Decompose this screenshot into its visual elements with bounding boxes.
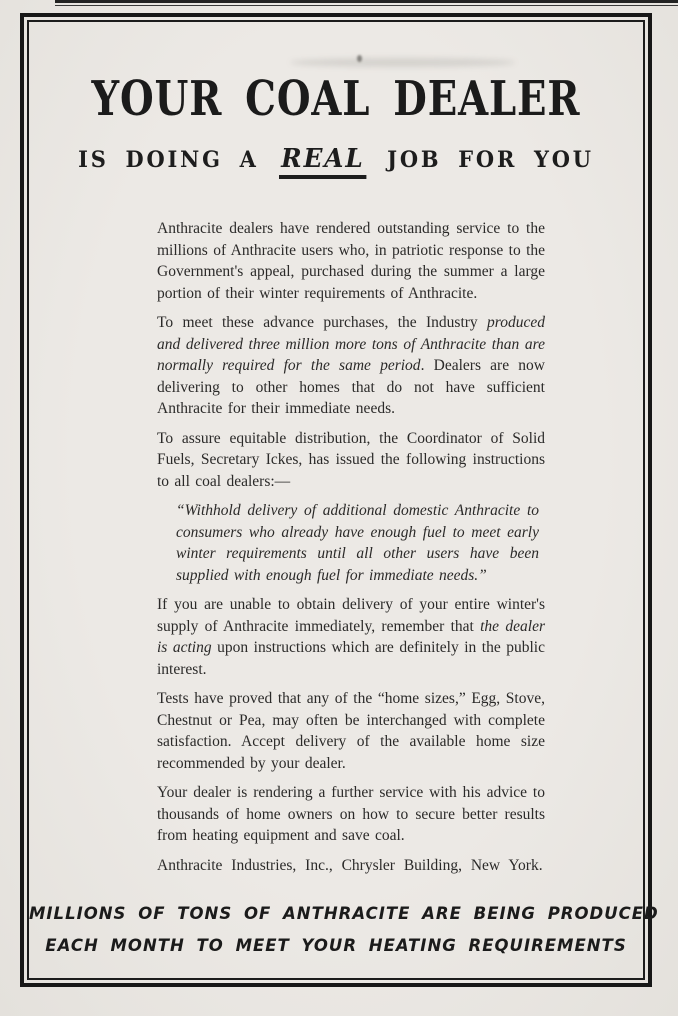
subheadline-prefix: IS DOING A	[78, 147, 259, 173]
body-text-column: Anthracite dealers have rendered outstan…	[157, 218, 545, 876]
signature-line: Anthracite Industries, Inc., Chrysler Bu…	[157, 855, 545, 877]
footer-line-2: EACH MONTH TO MEET YOUR HEATING REQUIREM…	[29, 930, 643, 962]
body-paragraph: Your dealer is rendering a further servi…	[157, 782, 545, 847]
newspaper-scan: YOUR COAL DEALER IS DOING A REAL JOB FOR…	[0, 0, 678, 1016]
paragraph-list: Anthracite dealers have rendered outstan…	[157, 218, 545, 847]
footer-slogan: MILLIONS OF TONS OF ANTHRACITE ARE BEING…	[29, 898, 643, 962]
subheadline-emphasis: REAL	[279, 144, 366, 179]
subheadline: IS DOING A REAL JOB FOR YOU	[44, 144, 627, 174]
body-paragraph: To meet these advance purchases, the Ind…	[157, 312, 545, 420]
ad-inner-frame: YOUR COAL DEALER IS DOING A REAL JOB FOR…	[27, 20, 645, 980]
body-paragraph: If you are unable to obtain delivery of …	[157, 594, 545, 680]
body-paragraph: To assure equitable distribution, the Co…	[157, 428, 545, 493]
top-edge-rule	[55, 0, 678, 6]
subheadline-suffix: JOB FOR YOU	[387, 147, 594, 173]
footer-line-1: MILLIONS OF TONS OF ANTHRACITE ARE BEING…	[29, 898, 643, 930]
ad-border-frame: YOUR COAL DEALER IS DOING A REAL JOB FOR…	[20, 13, 652, 987]
body-paragraph: Anthracite dealers have rendered outstan…	[157, 218, 545, 304]
headline: YOUR COAL DEALER	[72, 73, 600, 126]
quote-paragraph: “Withhold delivery of additional domesti…	[176, 500, 539, 586]
body-paragraph: Tests have proved that any of the “home …	[157, 688, 545, 774]
